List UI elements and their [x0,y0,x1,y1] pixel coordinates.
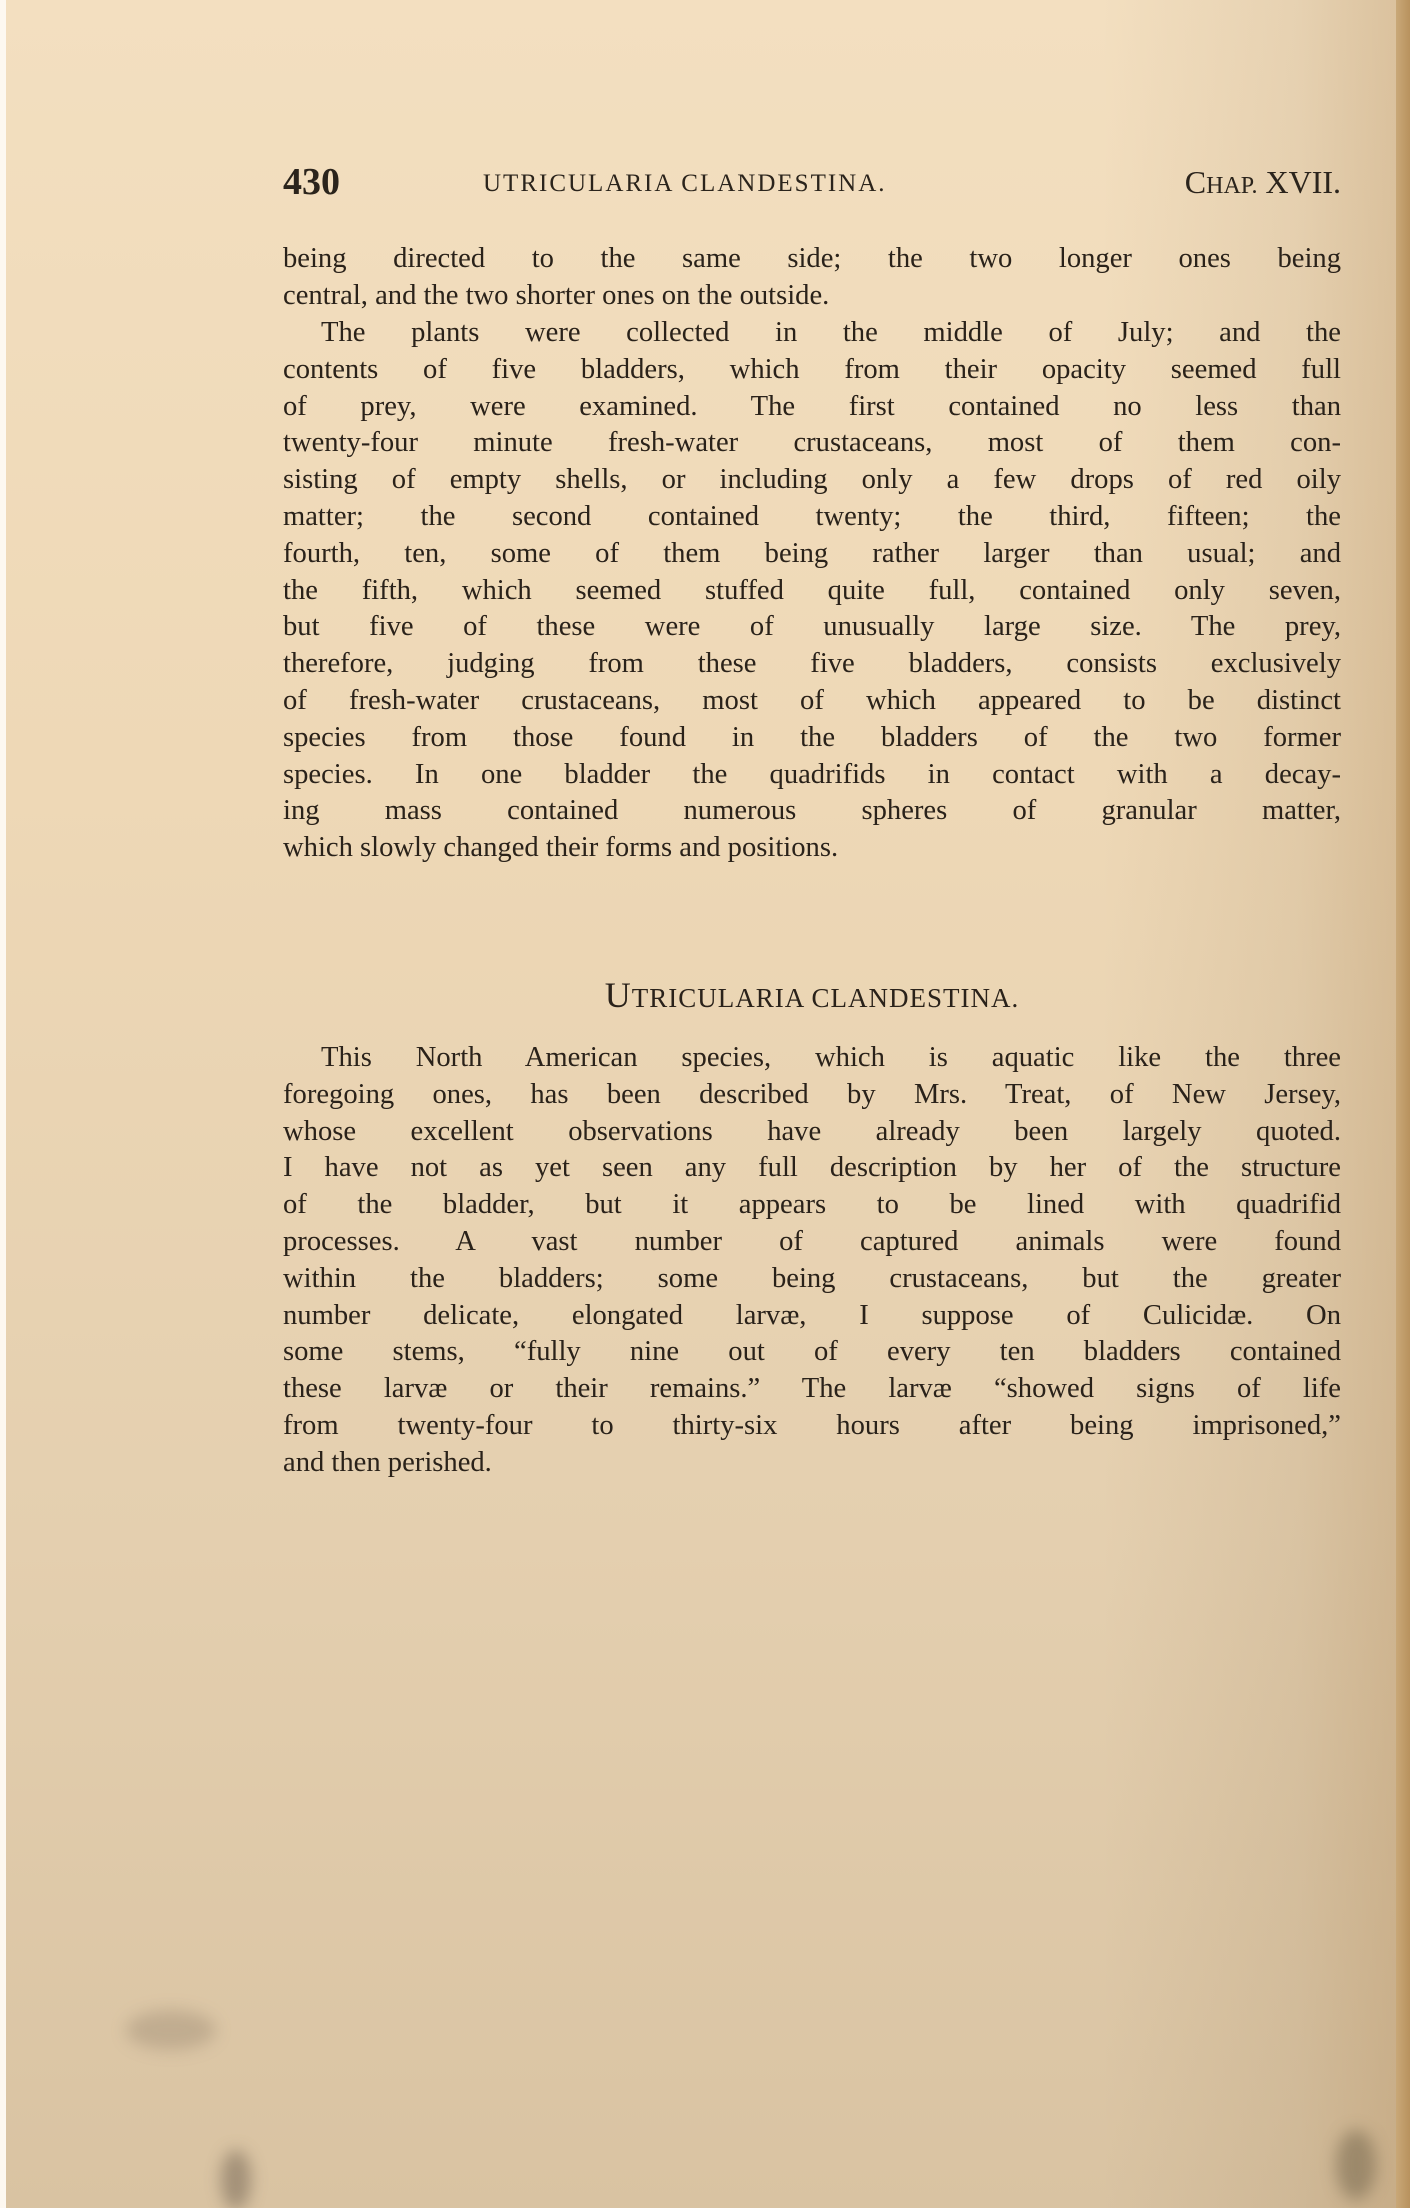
chapter-label: CHAP. XVII. [1185,164,1341,201]
text-line: of prey, were examined. The first contai… [283,389,1341,426]
text-line: species from those found in the bladders… [283,720,1341,757]
text-line: some stems, “fully nine out of every ten… [283,1334,1341,1371]
text-line: contents of five bladders, which from th… [283,352,1341,389]
text-line: The plants were collected in the middle … [283,315,1341,352]
chapter-number: XVII. [1257,164,1341,200]
text-line: central, and the two shorter ones on the… [283,278,1341,315]
page-smudge [126,2010,216,2050]
text-line: processes. A vast number of captured ani… [283,1224,1341,1261]
page-edge [1396,0,1410,2208]
page-smudge [221,2150,251,2208]
text-line: foregoing ones, has been described by Mr… [283,1077,1341,1114]
section-heading-rest: TRICULARIA CLANDESTINA. [632,983,1020,1013]
text-line: fourth, ten, some of them being rather l… [283,536,1341,573]
text-line: species. In one bladder the quadrifids i… [283,757,1341,794]
text-line: This North American species, which is aq… [283,1040,1341,1077]
section-heading: UTRICULARIA CLANDESTINA. [283,974,1341,1016]
paragraph-clandestina: This North American species, which is aq… [283,1040,1341,1482]
text-line: whose excellent observations have alread… [283,1114,1341,1151]
text-line: of the bladder, but it appears to be lin… [283,1187,1341,1224]
text-line: the fifth, which seemed stuffed quite fu… [283,573,1341,610]
text-line: twenty-four minute fresh-water crustacea… [283,425,1341,462]
text-line: of fresh-water crustaceans, most of whic… [283,683,1341,720]
running-head-title: UTRICULARIA CLANDESTINA. [483,170,887,198]
text-line: and then perished. [283,1445,1341,1482]
text-line: from twenty-four to thirty-six hours aft… [283,1408,1341,1445]
text-line: therefore, judging from these five bladd… [283,646,1341,683]
text-line: sisting of empty shells, or including on… [283,462,1341,499]
chapter-smallcaps: HAP. [1206,173,1257,199]
text-line: within the bladders; some being crustace… [283,1261,1341,1298]
running-head: 430 UTRICULARIA CLANDESTINA. CHAP. XVII. [283,160,1341,210]
text-line: which slowly changed their forms and pos… [283,830,1341,867]
text-line: these larvæ or their remains.” The larvæ… [283,1371,1341,1408]
chapter-prefix: C [1185,164,1206,200]
text-line: number delicate, elongated larvæ, I supp… [283,1298,1341,1335]
text-line: but five of these were of unusually larg… [283,609,1341,646]
page-number: 430 [283,160,340,204]
section-heading-initial: U [605,975,632,1015]
paragraph-continued: being directed to the same side; the two… [283,241,1341,315]
text-line: being directed to the same side; the two… [283,241,1341,278]
text-line: ing mass contained numerous spheres of g… [283,793,1341,830]
text-line: I have not as yet seen any full descript… [283,1150,1341,1187]
text-line: matter; the second contained twenty; the… [283,499,1341,536]
paragraph-prey: The plants were collected in the middle … [283,315,1341,867]
page-smudge [1336,2130,1376,2200]
